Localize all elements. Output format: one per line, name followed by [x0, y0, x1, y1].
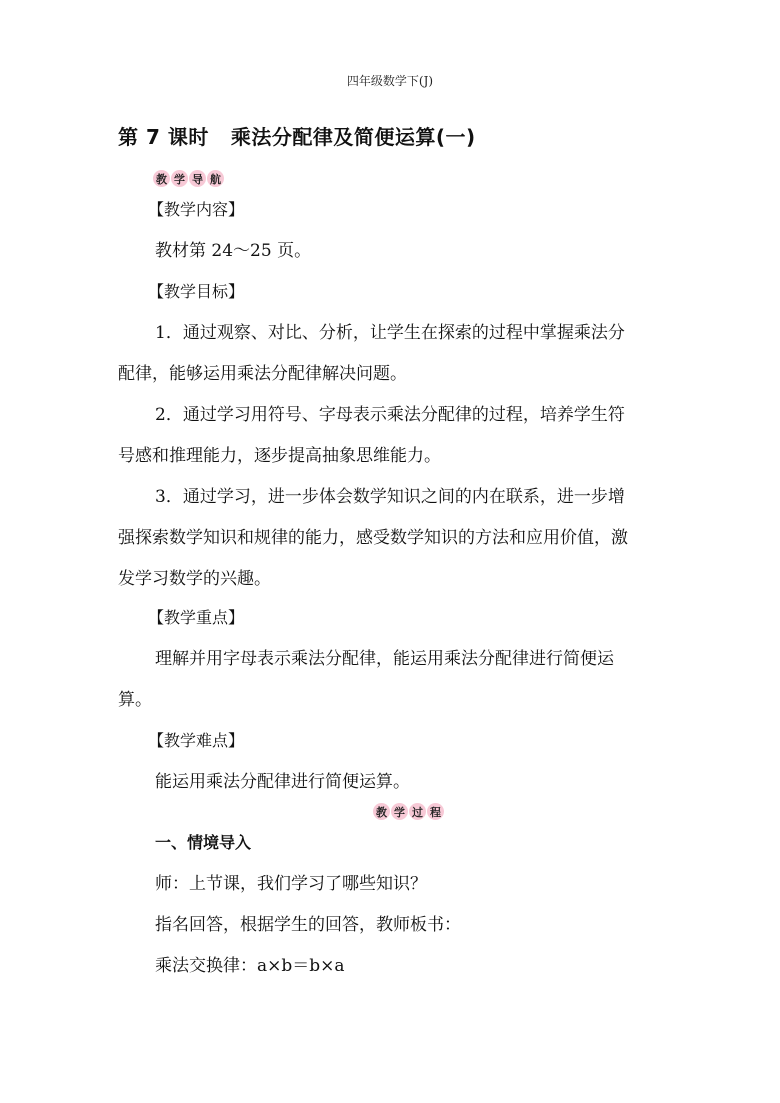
- intro-heading: 一、情境导入: [155, 835, 251, 851]
- badge-char: 程: [427, 803, 444, 820]
- intro-formula: 乘法交换律：a×b＝b×a: [155, 958, 345, 975]
- badge-char: 航: [207, 170, 224, 187]
- goal-1-line-1: 1．通过观察、对比、分析，让学生在探索的过程中掌握乘法分: [155, 325, 625, 342]
- key-points-heading: 【教学重点】: [148, 610, 244, 626]
- lesson-number: 第 7 课时: [118, 125, 209, 149]
- teaching-guide-badge: 教 学 导 航: [153, 170, 224, 187]
- teaching-process-badge: 教 学 过 程: [373, 803, 444, 820]
- goal-3-line-1: 3．通过学习，进一步体会数学知识之间的内在联系，进一步增: [155, 489, 625, 506]
- badge-char: 教: [373, 803, 390, 820]
- goal-2-line-2: 号感和推理能力，逐步提高抽象思维能力。: [118, 448, 441, 465]
- lesson-topic: 乘法分配律及简便运算(一): [231, 125, 476, 149]
- goal-3-line-3: 发学习数学的兴趣。: [118, 571, 271, 588]
- lesson-title: 第 7 课时乘法分配律及简便运算(一): [118, 121, 476, 150]
- badge-char: 导: [189, 170, 206, 187]
- content-heading: 【教学内容】: [148, 202, 244, 218]
- content-text: 教材第 24～25 页。: [155, 243, 311, 260]
- key-points-line-2: 算。: [118, 692, 152, 709]
- intro-question: 师：上节课，我们学习了哪些知识？: [155, 876, 427, 893]
- goals-heading: 【教学目标】: [148, 284, 244, 300]
- badge-char: 学: [171, 170, 188, 187]
- badge-char: 教: [153, 170, 170, 187]
- goal-3-line-2: 强探索数学知识和规律的能力，感受数学知识的方法和应用价值，激: [118, 530, 628, 547]
- difficult-points-heading: 【教学难点】: [148, 733, 244, 749]
- goal-2-line-1: 2．通过学习用符号、字母表示乘法分配律的过程，培养学生符: [155, 407, 625, 424]
- badge-char: 过: [409, 803, 426, 820]
- intro-answer: 指名回答，根据学生的回答，教师板书：: [155, 917, 461, 934]
- badge-char: 学: [391, 803, 408, 820]
- difficult-points-text: 能运用乘法分配律进行简便运算。: [155, 774, 410, 791]
- goal-1-line-2: 配律，能够运用乘法分配律解决问题。: [118, 366, 407, 383]
- page-header: 四年级数学下(J): [0, 72, 780, 89]
- key-points-line-1: 理解并用字母表示乘法分配律，能运用乘法分配律进行简便运: [155, 651, 614, 668]
